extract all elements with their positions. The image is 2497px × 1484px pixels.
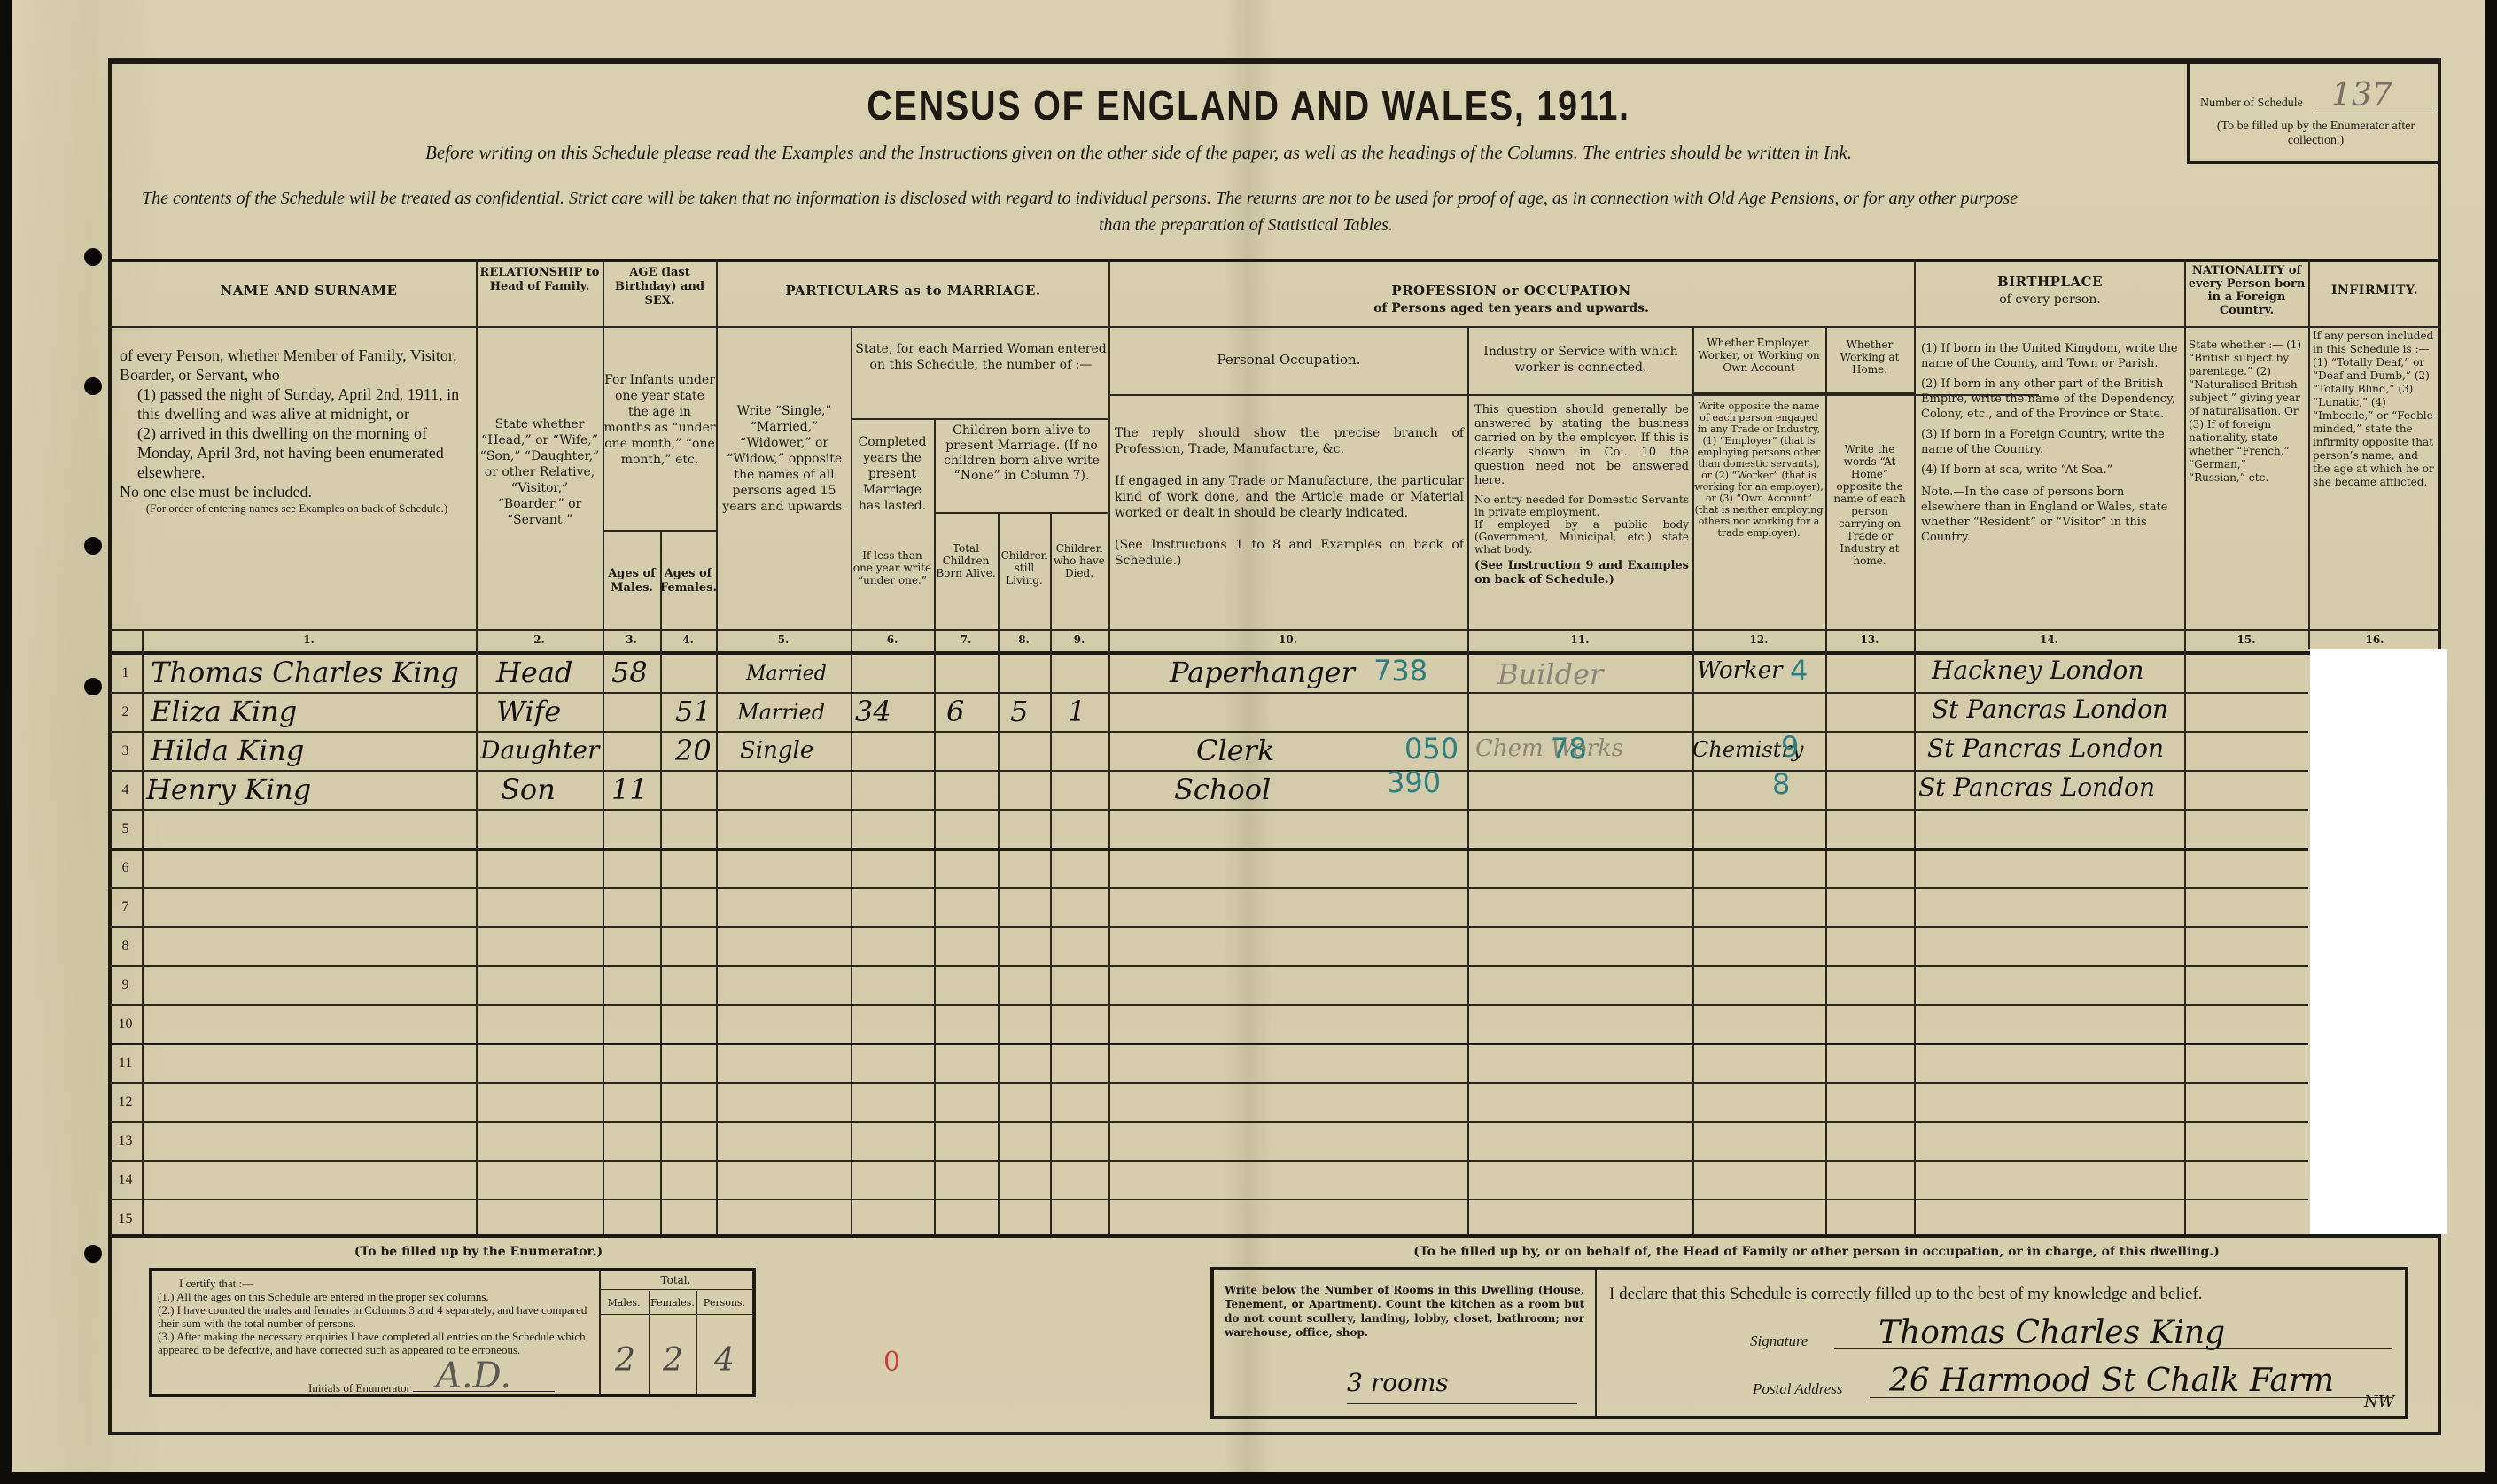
- persons-label: Persons.: [696, 1296, 752, 1310]
- row1-occupation[interactable]: Paperhanger: [1170, 656, 1355, 689]
- col12-desc: Write opposite the name of each person e…: [1694, 400, 1824, 539]
- col-number-4: 4.: [660, 633, 716, 646]
- marriage-header: PARTICULARS as to MARRIAGE.: [718, 284, 1108, 298]
- col8-desc: Children still Living.: [999, 549, 1050, 587]
- signature-label: Signature: [1750, 1332, 1808, 1350]
- enumerator-heading: (To be filled up by the Enumerator.): [346, 1245, 611, 1259]
- row2-name[interactable]: Eliza King: [151, 695, 297, 728]
- row4-occupation[interactable]: School: [1174, 773, 1271, 806]
- col13-desc: Write the words “At Home” opposite the n…: [1827, 443, 1912, 567]
- occupation-header: PROFESSION or OCCUPATION: [1110, 284, 1912, 298]
- col1-desc: of every Person, whether Member of Famil…: [120, 346, 474, 516]
- row-number: 11: [111, 1055, 140, 1071]
- red-check-mark: 0: [883, 1347, 900, 1378]
- row2-birthplace[interactable]: St Pancras London: [1932, 695, 2168, 724]
- row3-relationship[interactable]: Daughter: [480, 735, 599, 765]
- row3-emp-code: 9: [1781, 730, 1799, 764]
- col5-desc: Write “Single,” “Married,” “Widower,” or…: [720, 403, 849, 515]
- col6-desc: Completed years the present Marriage has…: [852, 434, 933, 514]
- enumerator-box: I certify that :— (1.) All the ages on t…: [149, 1268, 756, 1397]
- married-woman-desc: State, for each Married Woman entered on…: [855, 341, 1107, 373]
- row1-name[interactable]: Thomas Charles King: [151, 656, 459, 689]
- row2-children-died[interactable]: 1: [1068, 695, 1085, 728]
- row3-industry-code: 78: [1551, 732, 1587, 765]
- head-section-heading: (To be filled up by, or on behalf of, th…: [1303, 1245, 2330, 1259]
- row-number: 3: [111, 743, 140, 759]
- col-number-16: 16.: [2308, 633, 2441, 646]
- declaration-text: I declare that this Schedule is correctl…: [1609, 1285, 2203, 1304]
- row4-name[interactable]: Henry King: [146, 773, 311, 806]
- page-title: CENSUS OF ENGLAND AND WALES, 1911.: [175, 82, 2322, 129]
- col-number-7: 7.: [934, 633, 998, 646]
- confidential-notice-cont: than the preparation of Statistical Tabl…: [1099, 215, 1630, 236]
- col15-header: NATIONALITY of every Person born in a Fo…: [2186, 264, 2307, 317]
- col14-desc: (1) If born in the United Kingdom, write…: [1921, 341, 2180, 545]
- col10-desc: The reply should show the precise branch…: [1115, 425, 1464, 569]
- row1-birthplace[interactable]: Hackney London: [1932, 656, 2143, 685]
- punch-hole-1: [84, 248, 102, 266]
- row3-name[interactable]: Hilda King: [151, 734, 304, 767]
- col2-header: RELATIONSHIP to Head of Family.: [477, 266, 603, 294]
- postal-address-value[interactable]: 26 Harmood St Chalk Farm: [1889, 1363, 2334, 1399]
- row3-occupation[interactable]: Clerk: [1196, 734, 1274, 767]
- row1-relationship[interactable]: Head: [496, 656, 572, 689]
- occupation-subheader: of Persons aged ten years and upwards.: [1110, 301, 1912, 315]
- schedule-number-value[interactable]: 137: [2331, 77, 2392, 113]
- postal-address-suffix: NW: [2364, 1393, 2394, 1411]
- males-label: Males.: [599, 1296, 649, 1310]
- col14-header: BIRTHPLACE: [1916, 275, 2184, 289]
- redacted-infirmity-area: [2310, 649, 2447, 1234]
- col-number-9: 9.: [1050, 633, 1108, 646]
- total-label: Total.: [599, 1273, 752, 1287]
- age-header: AGE (last Birthday) and SEX.: [603, 266, 716, 308]
- row-number: 14: [111, 1172, 140, 1188]
- col9-desc: Children who have Died.: [1051, 542, 1108, 579]
- col7-desc: Total Children Born Alive.: [935, 542, 997, 579]
- col-number-6: 6.: [851, 633, 934, 646]
- col1-header: NAME AND SURNAME: [142, 284, 476, 298]
- row2-age-female[interactable]: 51: [675, 695, 712, 728]
- col6-note: If less than one year write “under one.”: [852, 549, 933, 587]
- row3-age-female[interactable]: 20: [675, 734, 712, 767]
- col-number-12: 12.: [1692, 633, 1825, 646]
- row2-marital[interactable]: Married: [737, 700, 825, 725]
- row4-occ-code: 390: [1387, 765, 1441, 799]
- col14-subheader: of every person.: [1916, 292, 2184, 307]
- punch-hole-5: [84, 1245, 102, 1263]
- col-number-13: 13.: [1825, 633, 1914, 646]
- head-section-box: Write below the Number of Rooms in this …: [1210, 1267, 2408, 1419]
- row2-relationship[interactable]: Wife: [496, 695, 561, 728]
- row3-birthplace[interactable]: St Pancras London: [1927, 734, 2164, 763]
- rooms-instruction: Write below the Number of Rooms in this …: [1214, 1270, 1595, 1352]
- col-number-15: 15.: [2184, 633, 2308, 646]
- row4-birthplace[interactable]: St Pancras London: [1918, 773, 2155, 802]
- row-number: 1: [111, 665, 140, 681]
- schedule-number-box: Number of Schedule 137 (To be filled up …: [2187, 58, 2441, 164]
- enumerator-initials[interactable]: A.D.: [436, 1356, 511, 1396]
- row-number: 15: [111, 1211, 140, 1227]
- col-number-1: 1.: [142, 633, 476, 646]
- row3-industry[interactable]: Chem Works: [1475, 735, 1623, 762]
- col4-header: Ages of Females.: [660, 567, 716, 595]
- col10-header: Personal Occupation.: [1110, 353, 1467, 367]
- females-label: Females.: [649, 1296, 696, 1310]
- col2-desc: State whether “Head,” or “Wife,” “Son,” …: [478, 416, 601, 528]
- row4-relationship[interactable]: Son: [501, 773, 556, 806]
- row4-emp-code: 8: [1772, 767, 1790, 801]
- col16-desc: If any person included in this Schedule …: [2313, 330, 2439, 489]
- col-number-14: 14.: [1914, 633, 2184, 646]
- row2-children-born[interactable]: 6: [946, 695, 964, 728]
- schedule-number-note: (To be filled up by the Enumerator after…: [2198, 120, 2433, 148]
- col15-desc: State whether :— (1) “British subject by…: [2189, 338, 2306, 485]
- col13-header: Whether Working at Home.: [1827, 338, 1912, 376]
- schedule-number-label: Number of Schedule: [2200, 97, 2303, 111]
- row1-occ-code: 738: [1373, 654, 1427, 688]
- row1-employment[interactable]: Worker: [1697, 657, 1783, 684]
- rooms-value[interactable]: 3 rooms: [1347, 1368, 1449, 1397]
- confidential-notice: The contents of the Schedule will be tre…: [142, 189, 2410, 209]
- postal-address-label: Postal Address: [1753, 1380, 1843, 1398]
- signature-value[interactable]: Thomas Charles King: [1879, 1315, 2225, 1351]
- row-number: 13: [111, 1133, 140, 1149]
- row1-age-male[interactable]: 58: [611, 656, 648, 689]
- row-number: 8: [111, 938, 140, 954]
- col-number-5: 5.: [716, 633, 851, 646]
- row2-children-living[interactable]: 5: [1010, 695, 1028, 728]
- col-number-2: 2.: [476, 633, 603, 646]
- row-number: 9: [111, 977, 140, 993]
- col-number-8: 8.: [998, 633, 1050, 646]
- row4-age-male[interactable]: 11: [611, 773, 648, 806]
- row-number: 2: [111, 704, 140, 720]
- initials-label: Initials of Enumerator: [308, 1381, 410, 1395]
- col-number-11: 11.: [1467, 633, 1692, 646]
- total-females[interactable]: 2: [663, 1342, 683, 1379]
- ink-instruction: Before writing on this Schedule please r…: [425, 142, 2198, 164]
- col-number-3: 3.: [603, 633, 660, 646]
- age-desc: For Infants under one year state the age…: [603, 372, 716, 468]
- children-desc: Children born alive to present Marriage.…: [936, 423, 1108, 484]
- row-number: 7: [111, 899, 140, 915]
- col16-header: INFIRMITY.: [2310, 284, 2439, 298]
- row-number: 5: [111, 821, 140, 837]
- row1-industry[interactable]: Builder: [1497, 657, 1603, 691]
- total-persons[interactable]: 4: [714, 1342, 735, 1379]
- row3-occ-code: 050: [1404, 732, 1459, 765]
- col11-desc: This question should generally be answer…: [1474, 403, 1689, 587]
- total-males[interactable]: 2: [615, 1342, 635, 1379]
- col3-header: Ages of Males.: [603, 567, 660, 595]
- col12-header: Whether Employer, Worker, or Working on …: [1694, 337, 1824, 374]
- punch-hole-4: [84, 678, 102, 695]
- row-number: 12: [111, 1094, 140, 1110]
- row-number: 10: [111, 1016, 140, 1032]
- row-number: 4: [111, 782, 140, 798]
- row2-years-married[interactable]: 34: [855, 695, 891, 728]
- col11-header: Industry or Service with which worker is…: [1471, 344, 1691, 376]
- row1-marital[interactable]: Married: [746, 663, 827, 685]
- row3-marital[interactable]: Single: [740, 737, 813, 764]
- row1-emp-code: 4: [1790, 654, 1808, 688]
- punch-hole-2: [84, 377, 102, 395]
- row-number: 6: [111, 860, 140, 876]
- col-number-10: 10.: [1108, 633, 1467, 646]
- punch-hole-3: [84, 537, 102, 555]
